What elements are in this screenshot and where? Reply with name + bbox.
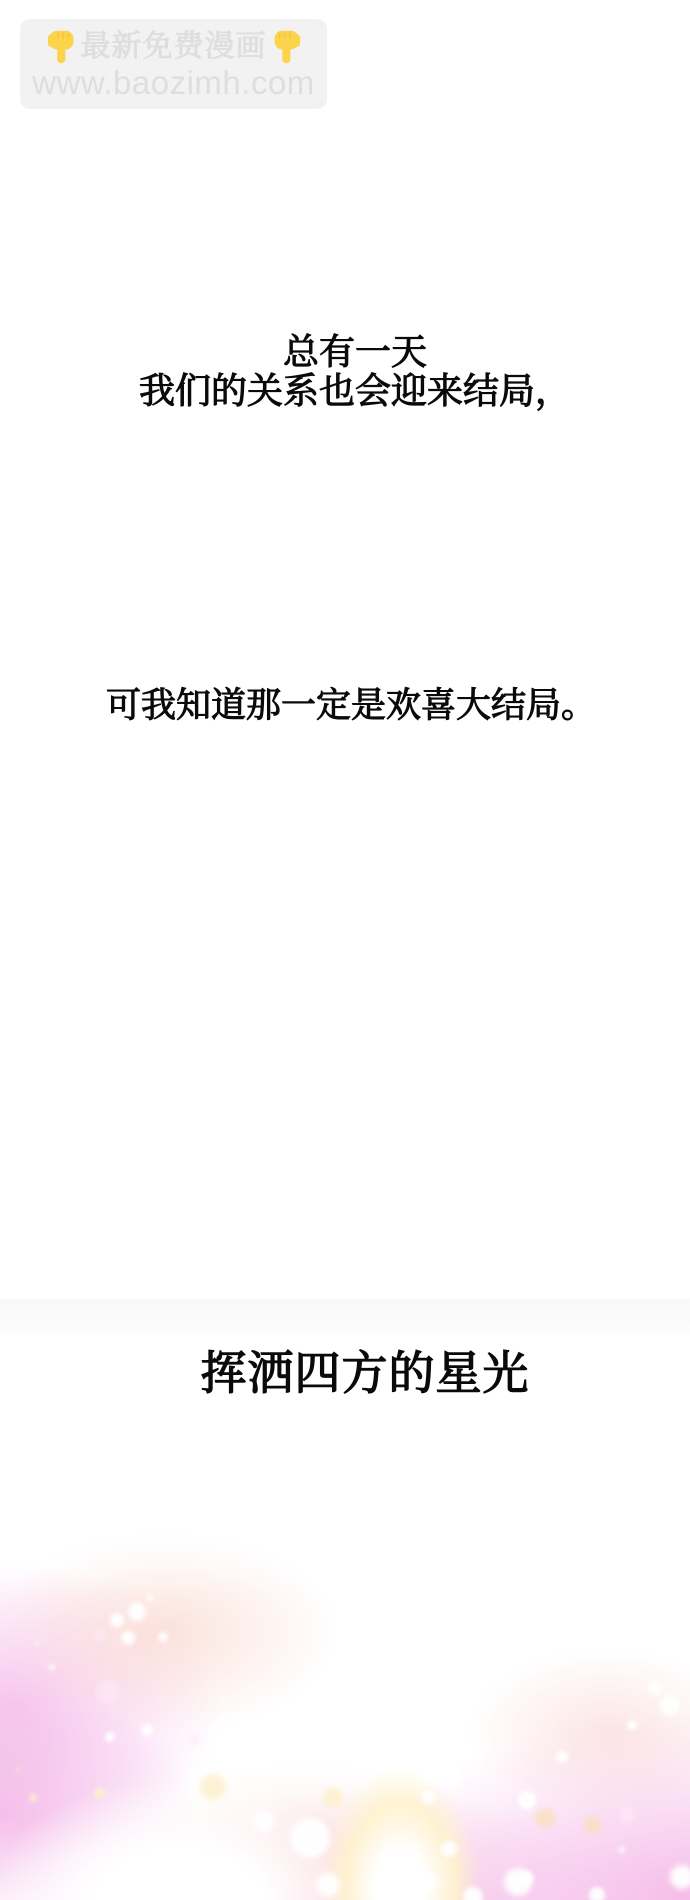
- bokeh-dot: [519, 1871, 533, 1885]
- bokeh-dot: [323, 1788, 343, 1808]
- bokeh-dot: [627, 1720, 637, 1730]
- bokeh-dot: [35, 1641, 39, 1645]
- bokeh-dot: [463, 1887, 483, 1900]
- bokeh-dot: [96, 1680, 120, 1704]
- bokeh-dot: [417, 1872, 437, 1892]
- caption-title-text: 挥洒四方的星光: [20, 1348, 690, 1398]
- bokeh-dot: [518, 1791, 536, 1809]
- caption-narration-2: 可我知道那一定是欢喜大结局。: [6, 686, 690, 726]
- bokeh-dot: [253, 1810, 275, 1832]
- caption-narration-1: 总有一天 我们的关系也会迎来结局，: [10, 332, 690, 410]
- bokeh-dot: [441, 1841, 457, 1857]
- bokeh-dot: [94, 1629, 106, 1641]
- watermark-url: www.baozimh.com: [32, 66, 315, 100]
- bokeh-dot: [200, 1774, 226, 1800]
- bokeh-dot: [141, 1724, 153, 1736]
- bokeh-dot: [648, 1681, 662, 1695]
- webtoon-page: { "watermark": { "line1": "最新免费漫画", "lin…: [0, 0, 690, 1900]
- watermark-text: 最新免费漫画: [81, 30, 267, 64]
- panel-seam: [0, 1299, 690, 1339]
- pointing-down-icon: [47, 29, 76, 65]
- bokeh-dot: [128, 1603, 146, 1621]
- bokeh-dot: [94, 1787, 106, 1799]
- site-watermark: 最新免费漫画 www.baozimh.com: [20, 19, 327, 109]
- bokeh-dot: [670, 1865, 690, 1889]
- bokeh-dot: [16, 1768, 20, 1772]
- bokeh-dot: [619, 1807, 635, 1823]
- bokeh-dot: [584, 1816, 602, 1834]
- bokeh-dot: [458, 1754, 466, 1762]
- bokeh-dot: [535, 1808, 555, 1828]
- bokeh-dot: [421, 1790, 435, 1804]
- bokeh-dot: [110, 1613, 124, 1627]
- pink-glow-background: [0, 1500, 690, 1900]
- bokeh-dot: [121, 1631, 135, 1645]
- bokeh-dot: [158, 1632, 168, 1642]
- bokeh-dot: [49, 1664, 55, 1670]
- bokeh-dot: [316, 1873, 340, 1897]
- bokeh-dot: [504, 1868, 532, 1896]
- bokeh-dot: [154, 1694, 166, 1706]
- bokeh-dot: [589, 1887, 605, 1900]
- bokeh-dot: [29, 1794, 37, 1802]
- bokeh-dot: [105, 1732, 115, 1742]
- bokeh-dot: [207, 1849, 225, 1867]
- bokeh-dot: [147, 1595, 153, 1601]
- pointing-down-icon: [272, 29, 301, 65]
- bokeh-dot: [660, 1695, 680, 1715]
- bokeh-dot: [190, 1735, 200, 1745]
- bokeh-dot: [290, 1818, 330, 1858]
- bokeh-dot: [438, 1763, 462, 1787]
- bokeh-dot: [662, 1614, 688, 1640]
- bokeh-dot: [619, 1847, 625, 1853]
- bokeh-dot: [556, 1751, 568, 1763]
- watermark-title-row: 最新免费漫画: [47, 29, 301, 65]
